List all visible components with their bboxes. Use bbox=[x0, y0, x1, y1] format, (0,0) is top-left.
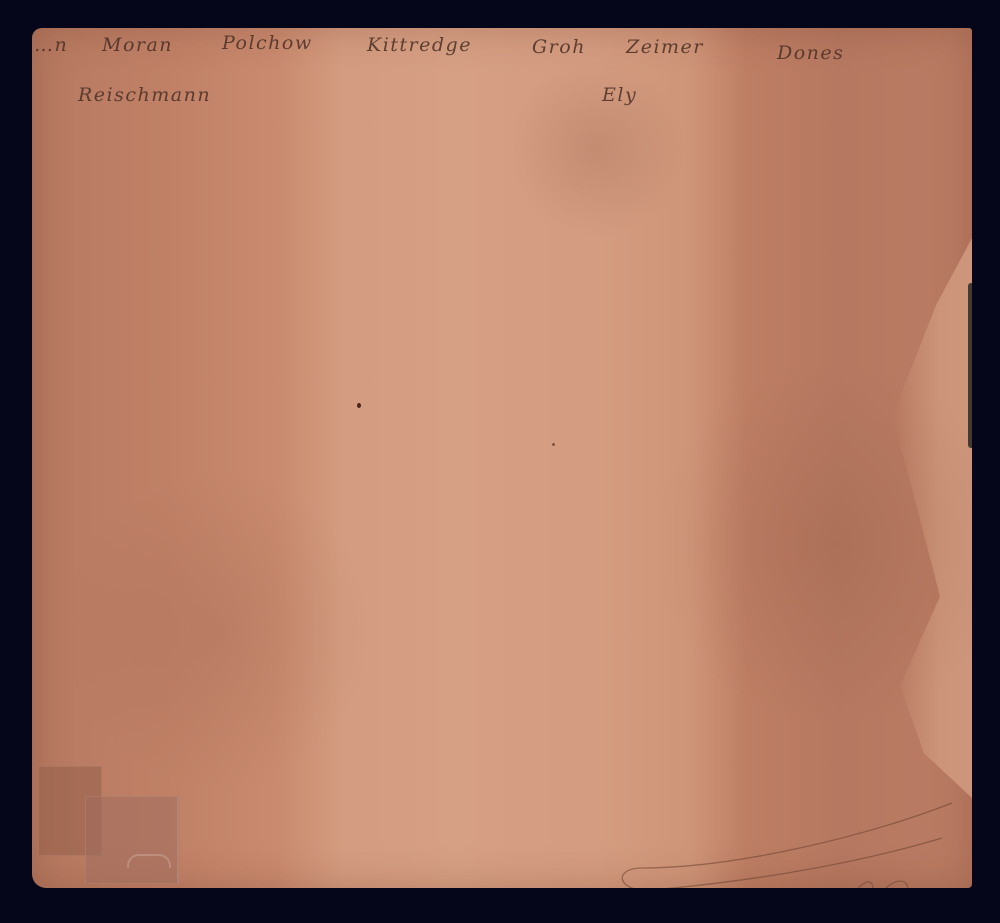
paper-speck bbox=[552, 443, 555, 446]
pencil-scrawl bbox=[612, 798, 972, 888]
name-groh: Groh bbox=[532, 36, 586, 58]
name-ely: Ely bbox=[602, 84, 637, 106]
worn-edge bbox=[892, 238, 972, 798]
tape-mark bbox=[127, 854, 171, 868]
name-polchow: Polchow bbox=[222, 32, 313, 54]
torn-edge bbox=[968, 283, 972, 448]
name-dones: Dones bbox=[777, 42, 844, 64]
aged-card: …n Moran Polchow Kittredge Groh Zeimer D… bbox=[32, 28, 972, 888]
tape-residue bbox=[85, 796, 180, 884]
name-reischmann: Reischmann bbox=[78, 84, 211, 106]
name-kittredge: Kittredge bbox=[367, 34, 472, 56]
name-zeimer: Zeimer bbox=[626, 36, 704, 58]
name-partial: …n bbox=[34, 34, 68, 56]
name-moran: Moran bbox=[102, 34, 173, 56]
paper-speck bbox=[357, 403, 361, 408]
